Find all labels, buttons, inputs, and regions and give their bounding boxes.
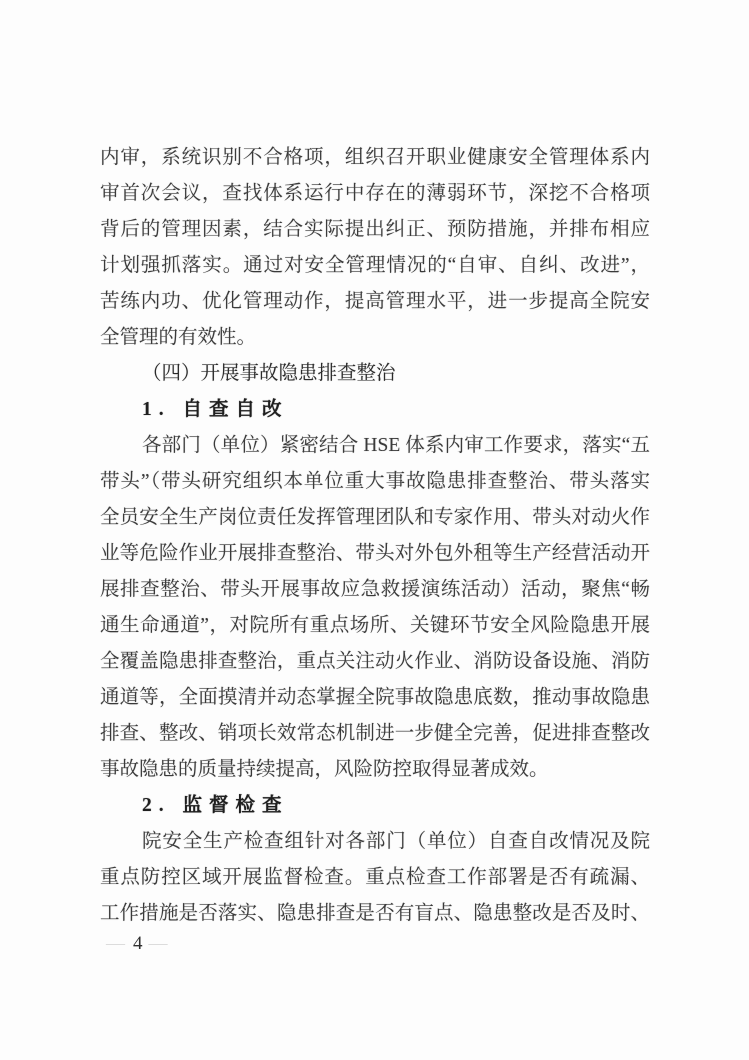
- text-line: 院安全生产检查组针对各部门（单位）自查自改情况及院: [100, 824, 650, 860]
- text-line: 排查、整改、销项长效常态机制进一步健全完善，促进排查整改: [100, 716, 650, 752]
- text-line: 展排查整治、带头开展事故应急救援演练活动）活动，聚焦“畅: [100, 572, 650, 608]
- text-line: 通道等，全面摸清并动态掌握全院事故隐患底数，推动事故隐患: [100, 680, 650, 716]
- text-line: 工作措施是否落实、隐患排查是否有盲点、隐患整改是否及时、: [100, 896, 650, 932]
- subsection-heading: 1. 自查自改: [100, 392, 650, 428]
- page-number: 4: [133, 933, 143, 954]
- page-footer: —4—: [100, 930, 176, 958]
- text-line: 苦练内功、优化管理动作，提高管理水平，进一步提高全院安: [100, 284, 650, 320]
- section-heading: （四）开展事故隐患排查整治: [100, 356, 650, 392]
- text-line: 重点防控区域开展监督检查。重点检查工作部署是否有疏漏、: [100, 860, 650, 896]
- text-line: 背后的管理因素，结合实际提出纠正、预防措施，并排布相应: [100, 212, 650, 248]
- text-line: 通生命通道”，对院所有重点场所、关键环节安全风险隐患开展: [100, 608, 650, 644]
- text-line: 带头”（带头研究组织本单位重大事故隐患排查整治、带头落实: [100, 464, 650, 500]
- text-line: 审首次会议，查找体系运行中存在的薄弱环节，深挖不合格项: [100, 176, 650, 212]
- document-body: 内审，系统识别不合格项，组织召开职业健康安全管理体系内 审首次会议，查找体系运行…: [100, 140, 650, 932]
- text-line: 计划强抓落实。通过对安全管理情况的“自审、自纠、改进”，: [100, 248, 650, 284]
- text-line: 内审，系统识别不合格项，组织召开职业健康安全管理体系内: [100, 140, 650, 176]
- text-line: 事故隐患的质量持续提高，风险防控取得显著成效。: [100, 752, 650, 788]
- text-line: 业等危险作业开展排查整治、带头对外包外租等生产经营活动开: [100, 536, 650, 572]
- page-number-dash-left: —: [106, 933, 127, 954]
- page-number-dash-right: —: [149, 933, 170, 954]
- text-line: 全员安全生产岗位责任发挥管理团队和专家作用、带头对动火作: [100, 500, 650, 536]
- text-line: 全覆盖隐患排查整治，重点关注动火作业、消防设备设施、消防: [100, 644, 650, 680]
- subsection-heading: 2. 监督检查: [100, 788, 650, 824]
- text-line: 全管理的有效性。: [100, 320, 650, 356]
- text-line: 各部门（单位）紧密结合 HSE 体系内审工作要求，落实“五: [100, 428, 650, 464]
